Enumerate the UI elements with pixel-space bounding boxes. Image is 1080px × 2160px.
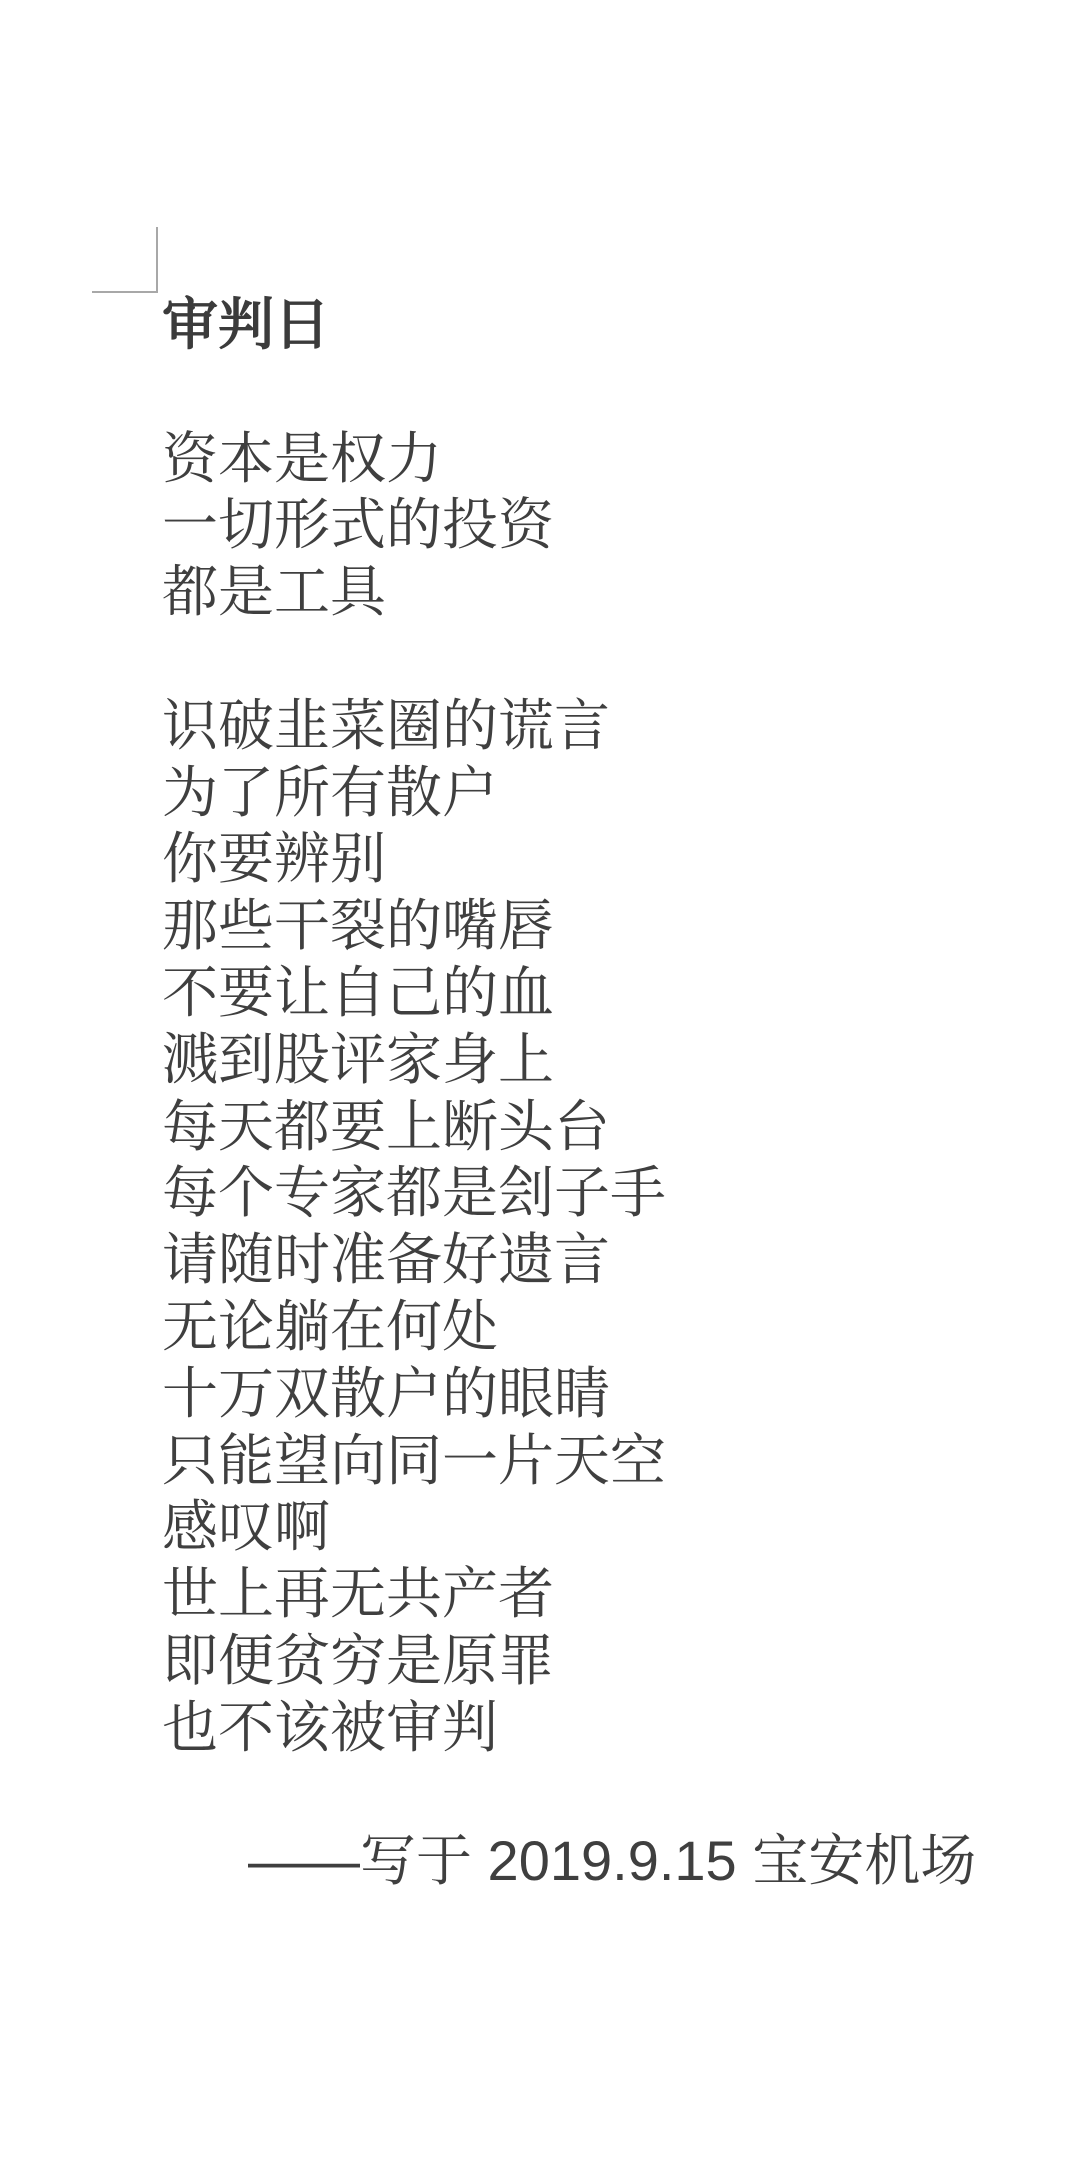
- poem-line: 世上再无共产者: [162, 1561, 1022, 1628]
- poem-line: 请随时准备好遗言: [162, 1227, 1022, 1294]
- poem-line: 识破韭菜圈的谎言: [162, 693, 1022, 760]
- poem-title: 审判日: [162, 292, 1022, 359]
- poem-line: 资本是权力: [162, 426, 1022, 493]
- poem-line: 感叹啊: [162, 1494, 1022, 1561]
- poem-line: 不要让自己的血: [162, 960, 1022, 1027]
- poem-stanza-1: 资本是权力 一切形式的投资 都是工具: [162, 426, 1022, 626]
- signature-line: ——写于 2019.9.15 宝安机场: [248, 1828, 1022, 1895]
- poem-line: 那些干裂的嘴唇: [162, 893, 1022, 960]
- poem-line: 你要辨别: [162, 826, 1022, 893]
- poem-line: 即便贫穷是原罪: [162, 1628, 1022, 1695]
- poem-line: 每天都要上断头台: [162, 1094, 1022, 1161]
- poem-line: 一切形式的投资: [162, 492, 1022, 559]
- document-page: 审判日 资本是权力 一切形式的投资 都是工具 识破韭菜圈的谎言 为了所有散户 你…: [0, 0, 1080, 2160]
- blank-line: [162, 1762, 1022, 1829]
- poem-line: 每个专家都是刽子手: [162, 1160, 1022, 1227]
- poem-line: 溅到股评家身上: [162, 1027, 1022, 1094]
- poem-line: 无论躺在何处: [162, 1294, 1022, 1361]
- blank-line: [162, 626, 1022, 693]
- poem-line: 十万双散户的眼睛: [162, 1361, 1022, 1428]
- poem-document: 审判日 资本是权力 一切形式的投资 都是工具 识破韭菜圈的谎言 为了所有散户 你…: [162, 292, 1022, 1895]
- poem-line: 都是工具: [162, 559, 1022, 626]
- poem-stanza-2: 识破韭菜圈的谎言 为了所有散户 你要辨别 那些干裂的嘴唇 不要让自己的血 溅到股…: [162, 693, 1022, 1762]
- page-margin-corner-mark: [92, 227, 158, 293]
- poem-line: 为了所有散户: [162, 760, 1022, 827]
- poem-line: 只能望向同一片天空: [162, 1428, 1022, 1495]
- blank-line: [162, 359, 1022, 426]
- poem-line: 也不该被审判: [162, 1695, 1022, 1762]
